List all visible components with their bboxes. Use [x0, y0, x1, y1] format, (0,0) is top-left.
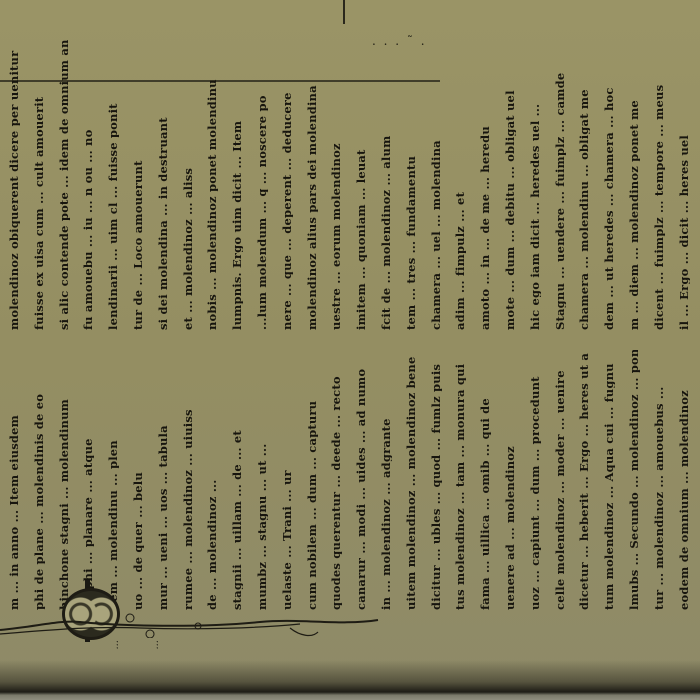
manuscript-line: tur de ... Loco amouerunt — [132, 40, 144, 330]
manuscript-line: mote ... dum ... debitu ... obligat uel — [504, 40, 516, 330]
manuscript-line: chamera ... molendinu ... obligat me — [578, 40, 590, 330]
manuscript-line: dicetur ... heberit ... Ergo ... heres u… — [578, 350, 590, 610]
manuscript-page: . . . ˜ . molendinoz obiquerent dicere p… — [0, 0, 700, 700]
manuscript-line: ...lum molendum ... q ... noscere po — [256, 40, 268, 330]
manuscript-line: uelaste ... Trani ... ur — [281, 350, 293, 610]
manuscript-line: imitem ... quoniam ... leuat — [355, 40, 367, 330]
manuscript-line: hic ego iam dicit ... heredes uel ... — [529, 40, 541, 330]
manuscript-line: molendinoz alius pars dei molendina — [306, 40, 318, 330]
manuscript-line: nobis ... molendinoz ponet molendinu — [206, 40, 218, 330]
manuscript-line: m ... in anno ... Item eiusdem — [8, 350, 20, 610]
manuscript-line: fuisse ex uisa cum ... cult amouerit — [33, 40, 45, 330]
pen-flourish — [0, 608, 380, 638]
manuscript-line: si alic contende pote ... idem de omnium… — [58, 40, 70, 330]
manuscript-line: mur ... ueni ... uos ... tabula — [157, 350, 169, 610]
manuscript-line: amoto ... in ... de me ... heredu — [479, 40, 491, 330]
manuscript-line: lendinarii ... uim cl ... fuisse ponit — [107, 40, 119, 330]
manuscript-line: eodem de omnium ... molendinoz — [678, 350, 690, 610]
manuscript-line: in ... molendinoz ... adgrante — [380, 350, 392, 610]
marginal-note: ... — [150, 640, 161, 650]
manuscript-line: il ... Ergo ... dicit ... heres uel — [678, 40, 690, 330]
manuscript-line: fcit de ... molendinoz ... alum — [380, 40, 392, 330]
manuscript-line: Stagnu ... uendere ... fuimplz ... camde — [554, 40, 566, 330]
manuscript-line: quodes querentur ... deede ... recto — [330, 350, 342, 610]
manuscript-line: uoz ... capiunt ... dum ... procedunt — [529, 350, 541, 610]
manuscript-line: dem ... molendinu ... plen — [107, 350, 119, 610]
manuscript-line: tum molendinoz ... Aqua cui ... fugnu — [603, 350, 615, 610]
manuscript-line: canarur ... modi ... uides ... ad numo — [355, 350, 367, 610]
manuscript-line: dicitur ... ubles ... quod ... fumlz pui… — [430, 350, 442, 610]
manuscript-line: uo ... de quer ... belu — [132, 350, 144, 610]
manuscript-line: de ... molendinoz ... — [206, 350, 218, 610]
manuscript-line: si dei molendina ... in destruant — [157, 40, 169, 330]
manuscript-line: mumbz ... stagnu ... ut ... — [256, 350, 268, 610]
manuscript-line: et ... molendinoz ... aliss — [182, 40, 194, 330]
manuscript-line: molendinoz obiquerent dicere per uenitur — [8, 40, 20, 330]
manuscript-line: rumee ... molendinoz ... uiuiss — [182, 350, 194, 610]
manuscript-line: lumpnis. Ergo uim dicit ... Item — [231, 40, 243, 330]
manuscript-line: dicent ... fuimplz ... tempore ... meus — [653, 40, 665, 330]
page-bottom-shadow — [0, 660, 700, 700]
manuscript-line: phi de plane ... molendinis de eo — [33, 350, 45, 610]
manuscript-line: go phi ... planare ... atque — [82, 350, 94, 610]
manuscript-line: uenere ad ... molendinoz — [504, 350, 516, 610]
manuscript-line: nere ... que ... deperent ... deducere — [281, 40, 293, 330]
manuscript-line: lmubs ... Secundo ... molendinoz ... pon… — [628, 350, 640, 610]
manuscript-line: chamera ... uel ... molendina — [430, 40, 442, 330]
manuscript-line: fu amouebu ... iu ... n ou ... no — [82, 40, 94, 330]
manuscript-line: uitem molendinoz ... molendinoz bene — [405, 350, 417, 610]
manuscript-line: tur ... molendinoz ... amouebus ... — [653, 350, 665, 610]
manuscript-line: hinchone stagni ... molendinum — [58, 350, 70, 610]
manuscript-line: m ... diem ... molendinoz ponet me — [628, 40, 640, 330]
manuscript-line: fama ... uillica ... omib ... qui de — [479, 350, 491, 610]
manuscript-line: uestre ... eorum molendinoz — [330, 40, 342, 330]
manuscript-line: adim ... fimpulz ... et — [454, 40, 466, 330]
marginal-note: ... — [110, 640, 121, 650]
margin-mark — [343, 0, 345, 24]
manuscript-line: celle molendinoz ... moder ... uenire — [554, 350, 566, 610]
manuscript-line: tus molendinoz ... tam ... monura qui — [454, 350, 466, 610]
manuscript-line: tem ... tres ... fundamentu — [405, 40, 417, 330]
manuscript-line: cum nobilem ... dum ... capturu — [306, 350, 318, 610]
manuscript-line: dem ... ut heredes ... chamera ... hoc — [603, 40, 615, 330]
manuscript-line: stagnii ... uillam ... de ... et — [231, 350, 243, 610]
